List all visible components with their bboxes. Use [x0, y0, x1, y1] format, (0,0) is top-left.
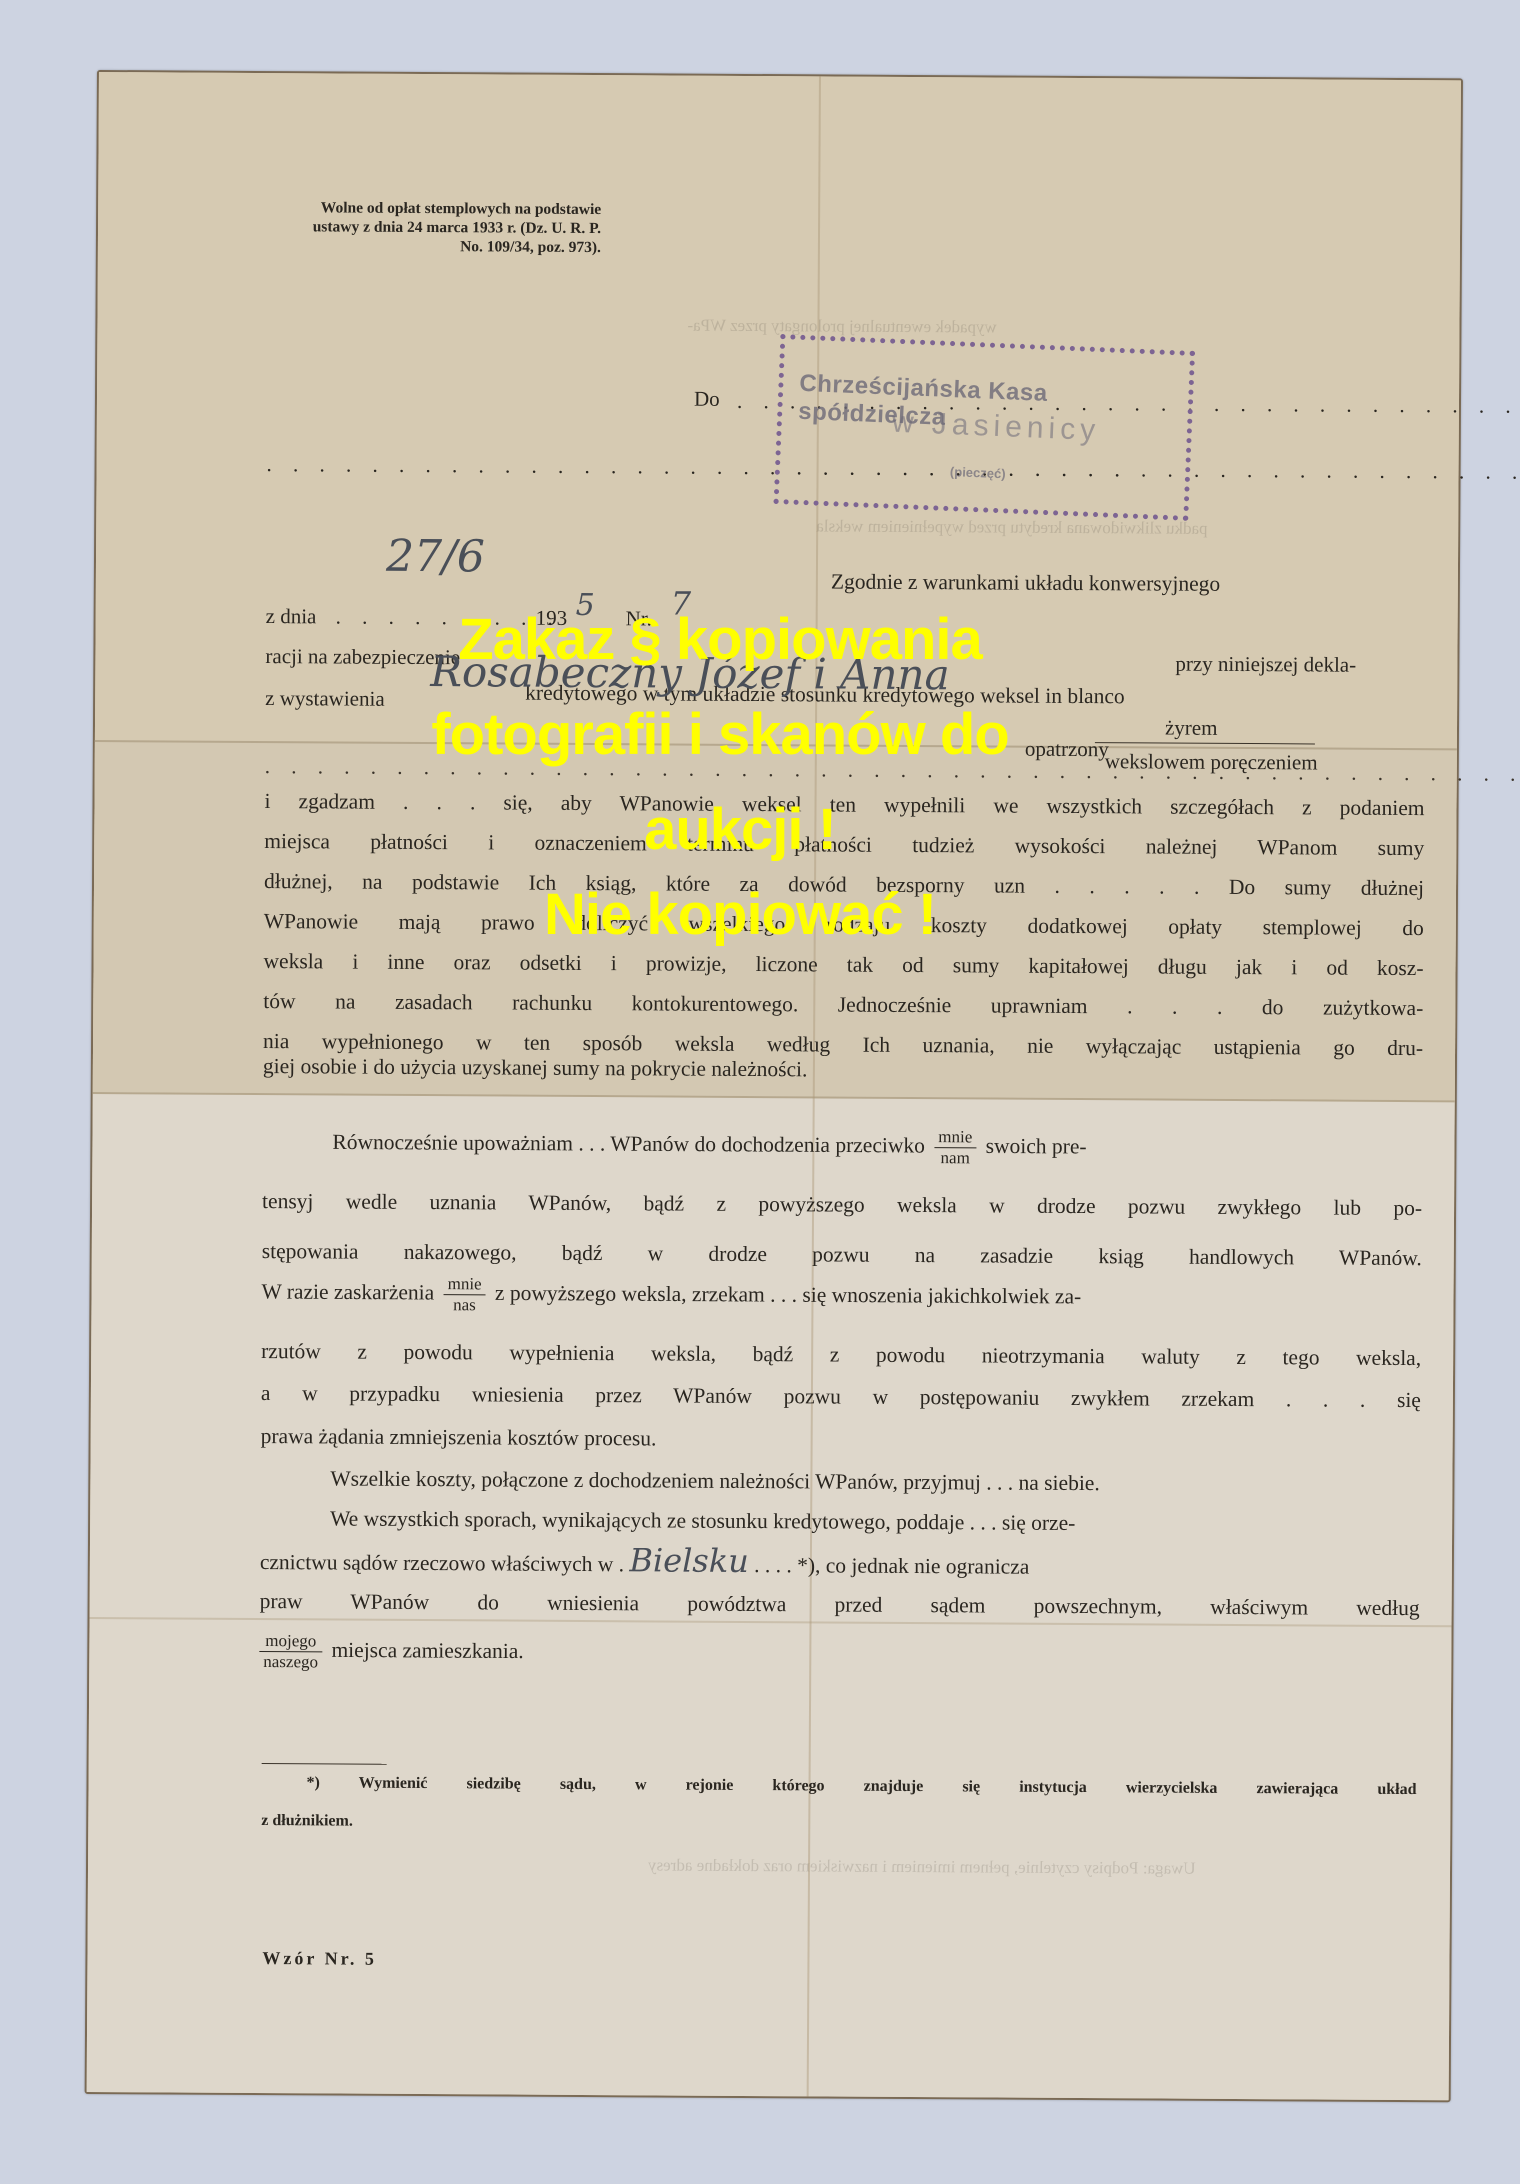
text-run: cznictwu sądów rzeczowo właściwych w .	[260, 1550, 624, 1576]
document-page: wypadek ewentualnej prolongaty przez WPa…	[85, 70, 1463, 2102]
note-line: No. 109/34, poz. 973).	[271, 236, 601, 257]
text-run: z powyższego weksla, zrzekam . . . się w…	[495, 1281, 1081, 1309]
paragraph-line: a w przypadku wniesienia przez WPanów po…	[261, 1373, 1421, 1420]
paragraph-line: W razie zaskarżenia mnienas z powyższego…	[261, 1273, 1081, 1319]
fraction-bottom: nam	[934, 1148, 976, 1168]
watermark-line: Zakaz § kopiowania	[0, 610, 1480, 670]
paragraph-line: prawa żądania zmniejszenia kosztów proce…	[261, 1423, 657, 1451]
paragraph-costs: Wszelkie koszty, połączone z dochodzenie…	[330, 1465, 1100, 1496]
text-run: . . . . *), co jednak nie ogranicza	[754, 1553, 1029, 1579]
text-run: W razie zaskarżenia	[261, 1279, 434, 1304]
paragraph-line: We wszystkich sporach, wynikających ze s…	[330, 1505, 1075, 1536]
paragraph-line: praw WPanów do wniesienia powództwa prze…	[260, 1581, 1420, 1628]
paragraph-line: cznictwu sądów rzeczowo właściwych w . B…	[260, 1545, 1030, 1580]
paragraph-line: mojegonaszego miejsca zamieszkania.	[259, 1631, 524, 1674]
fraction-top: mojego	[259, 1631, 322, 1652]
paragraph-line: weksla i inne oraz odsetki i prowizje, l…	[263, 941, 1423, 988]
stamp-line-3: (pieczęć)	[950, 464, 1006, 481]
fraction-bottom: nas	[443, 1295, 485, 1315]
paragraph-line: tów na zasadach rachunku kontokurentoweg…	[263, 981, 1423, 1028]
bleed-through-text: padku zlikwidowana kredytu przed wypełni…	[816, 516, 1207, 538]
text-run: Równocześnie upoważniam . . . WPanów do …	[332, 1130, 925, 1158]
paragraph-line: rzutów z powodu wypełnienia weksla, bądź…	[261, 1331, 1421, 1378]
fraction-top: mnie	[934, 1127, 976, 1148]
fraction-top: mnie	[444, 1274, 486, 1295]
addressee-label: Do	[694, 386, 720, 412]
handwritten-date: 27/6	[386, 544, 485, 571]
bleed-through-text: wypadek ewentualnej prolongaty przez WPa…	[687, 316, 996, 338]
form-number: Wzór Nr. 5	[262, 1945, 377, 1972]
bleed-through-text: Uwaga: Podpisy czytelnie, pełnem imienie…	[648, 1855, 1196, 1878]
stamp-duty-exemption-note: Wolne od opłat stemplowych na podstawie …	[271, 198, 601, 257]
watermark-line: aukcji !	[0, 800, 1500, 860]
watermark-line: Nie kopiować !	[0, 885, 1500, 945]
paragraph-line: tensyj wedle uznania WPanów, bądź z powy…	[262, 1181, 1422, 1228]
paragraph-line: stępowania nakazowego, bądź w drodze poz…	[262, 1231, 1422, 1278]
text-run: miejsca zamieszkania.	[331, 1638, 523, 1663]
institution-stamp: Chrześcijańska Kasa spółdzielcza w Jasie…	[774, 334, 1196, 521]
handwritten-city: Bielsku	[629, 1541, 749, 1580]
watermark-line: fotografii i skanów do	[0, 705, 1480, 765]
text-run: swoich pre-	[986, 1134, 1087, 1159]
footnote-line-2: z dłużnikiem.	[261, 1811, 353, 1832]
fraction-bottom: naszego	[259, 1652, 322, 1672]
pronoun-fraction: mnienas	[443, 1274, 485, 1315]
pronoun-fraction: mnienam	[934, 1127, 976, 1168]
paragraph-line: Równocześnie upoważniam . . . WPanów do …	[332, 1123, 1086, 1169]
stamp-line-2: w Jasienicy	[891, 406, 1101, 449]
pronoun-fraction: mojegonaszego	[259, 1631, 322, 1672]
note-line: ustawy z dnia 24 marca 1933 r. (Dz. U. R…	[271, 217, 601, 238]
paragraph-line: giej osobie i do użycia uzyskanej sumy n…	[263, 1053, 808, 1082]
note-line: Wolne od opłat stemplowych na podstawie	[271, 198, 601, 219]
declaration-intro: Zgodnie z warunkami układu konwersyjnego	[831, 568, 1220, 596]
